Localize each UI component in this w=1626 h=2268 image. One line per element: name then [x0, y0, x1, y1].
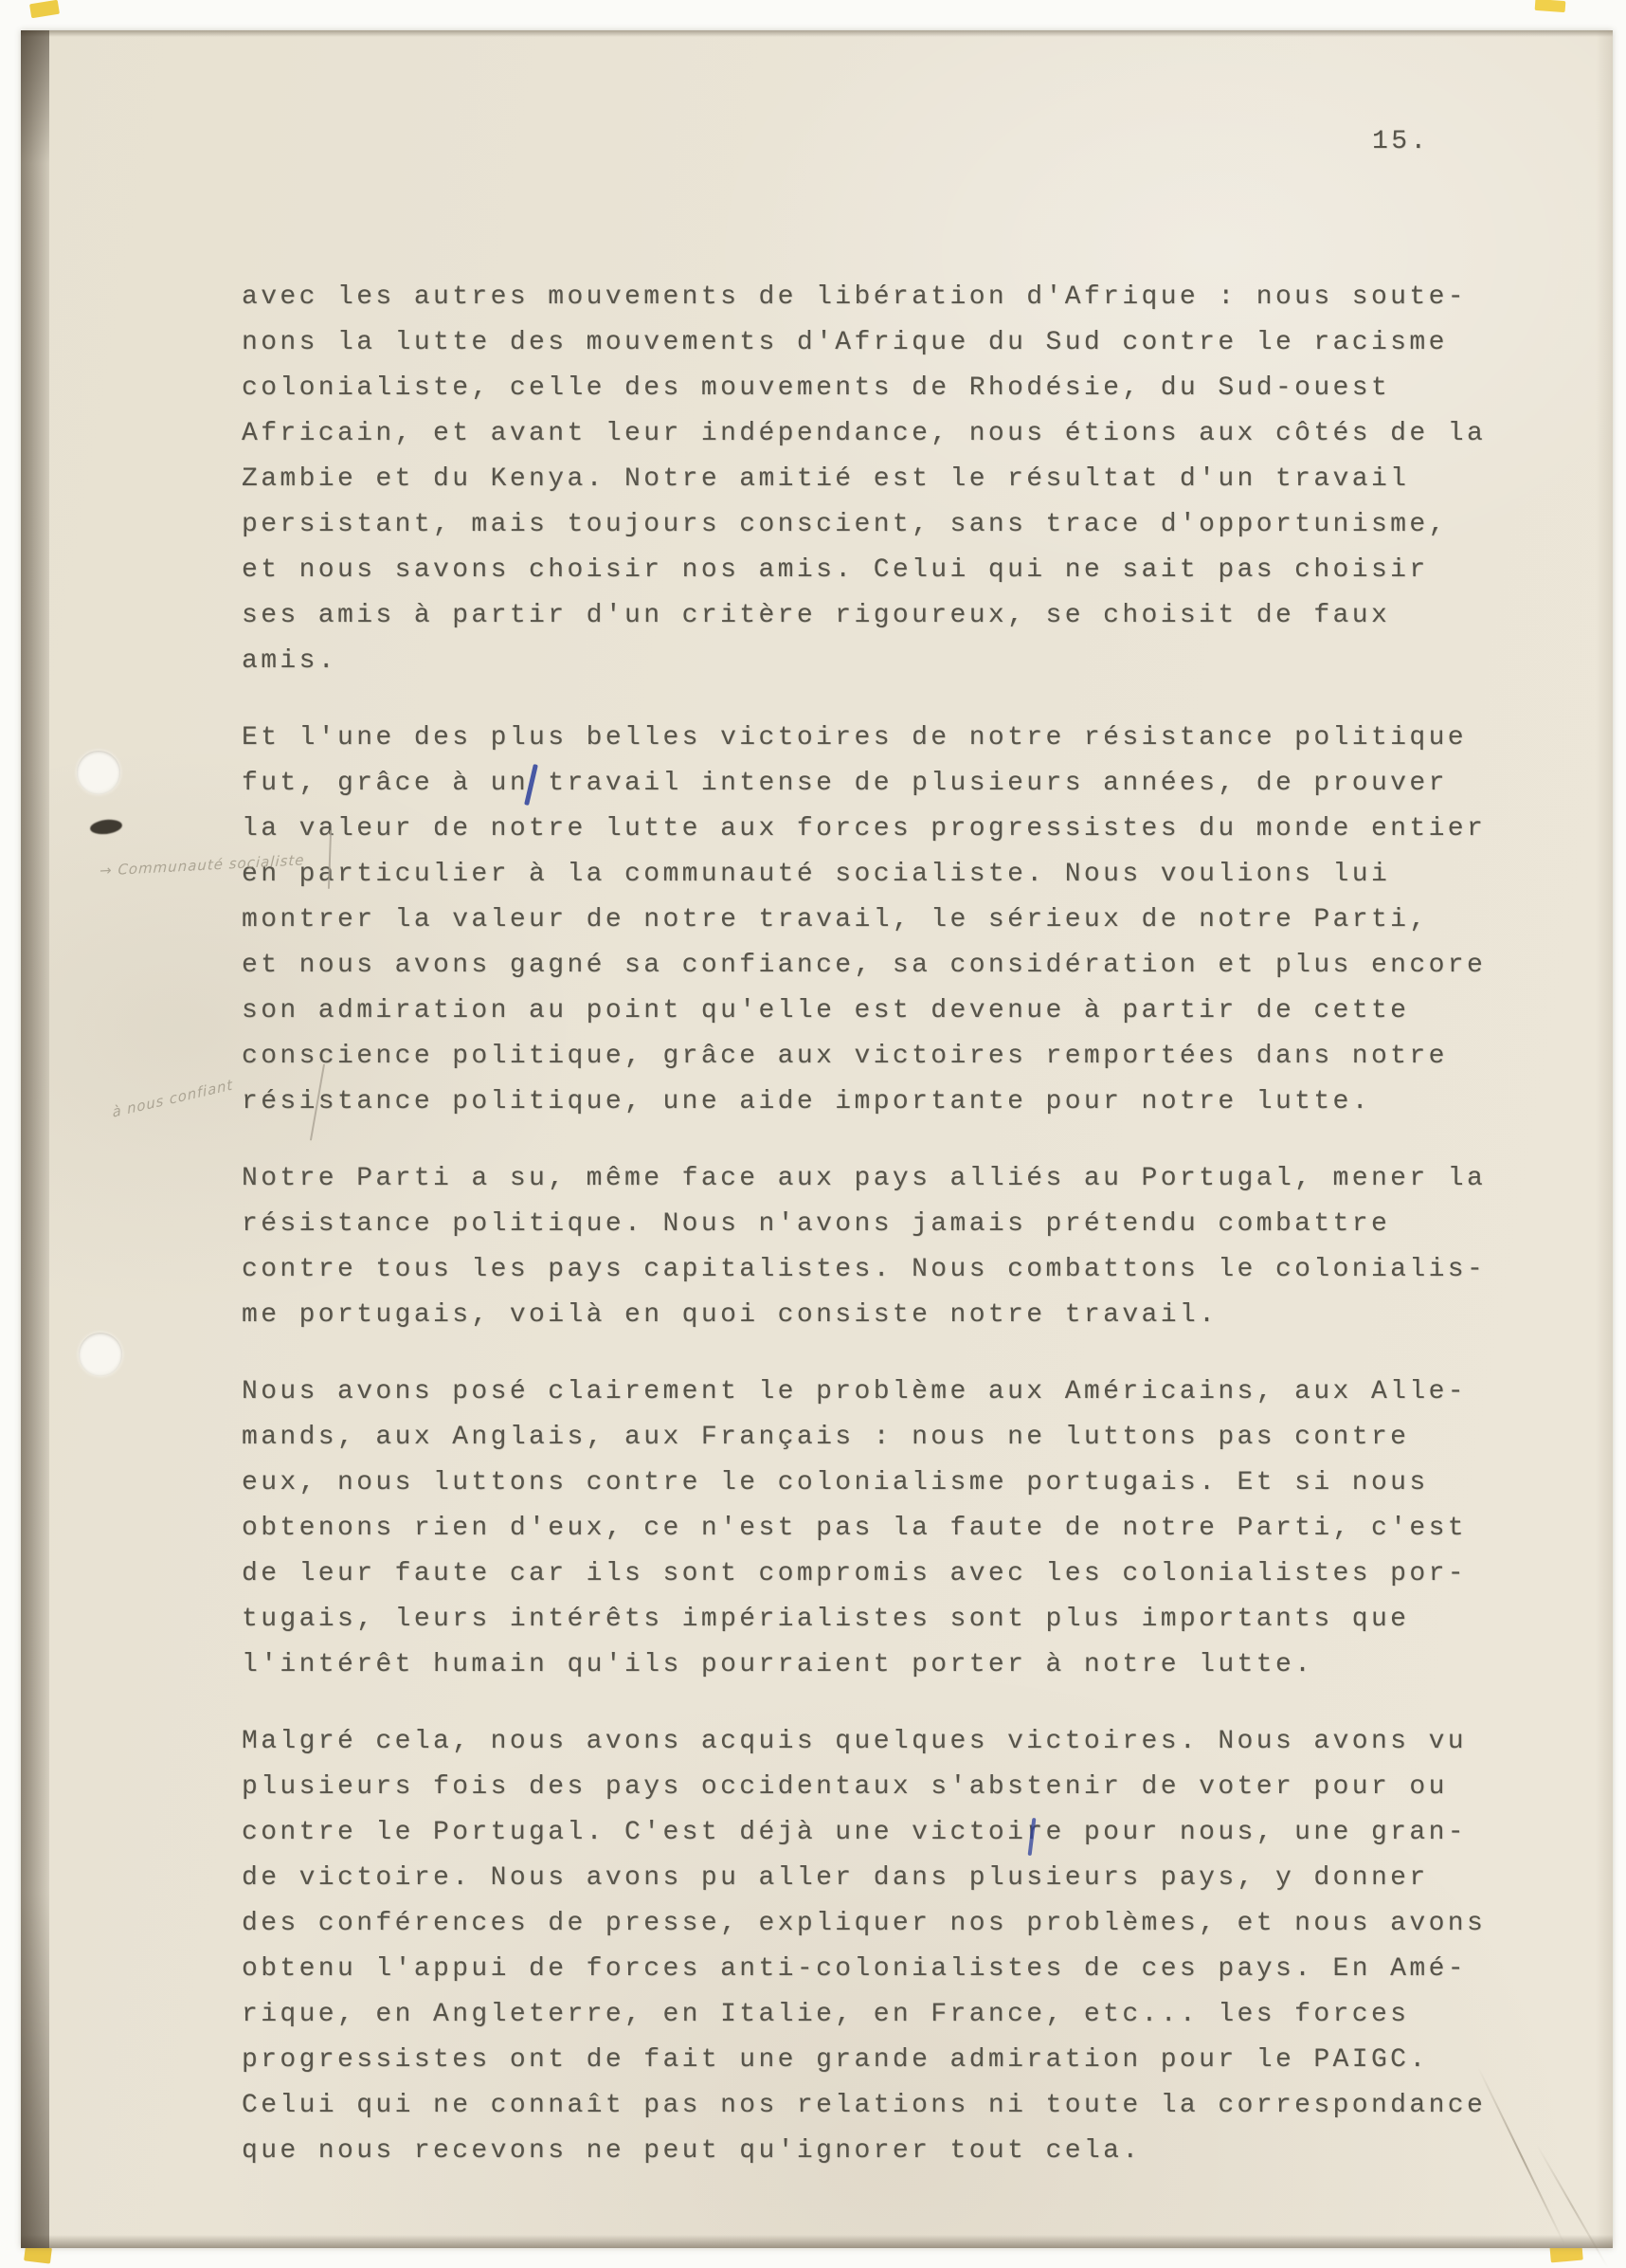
tape-corner-top-right-icon: [1535, 0, 1566, 12]
paper-edge-left: [21, 30, 49, 2248]
paragraph-2: Et l'une des plus belles victoires de no…: [242, 716, 1530, 1125]
paper-edge-bottom: [21, 2235, 1613, 2248]
paragraph-5: Malgré cela, nous avons acquis quelques …: [242, 1719, 1530, 2174]
paper-edge-right: [1596, 30, 1613, 2248]
punch-hole-top: [77, 751, 120, 794]
paragraph-4: Nous avons posé clairement le problème a…: [242, 1370, 1530, 1688]
paper-edge-top: [21, 30, 1613, 37]
pencil-annotation-illegible: à nous confiant: [112, 1076, 234, 1121]
typewritten-text-block: avec les autres mouvements de libération…: [242, 275, 1530, 2205]
scanned-document-page: 15. avec les autres mouvements de libéra…: [21, 30, 1613, 2248]
tape-corner-top-left-icon: [29, 0, 60, 18]
page-number: 15.: [1372, 127, 1430, 156]
paragraph-1: avec les autres mouvements de libération…: [242, 275, 1530, 684]
punch-hole-shadow: [89, 818, 123, 836]
paragraph-3: Notre Parti a su, même face aux pays all…: [242, 1156, 1530, 1338]
punch-hole-bottom: [79, 1333, 122, 1376]
